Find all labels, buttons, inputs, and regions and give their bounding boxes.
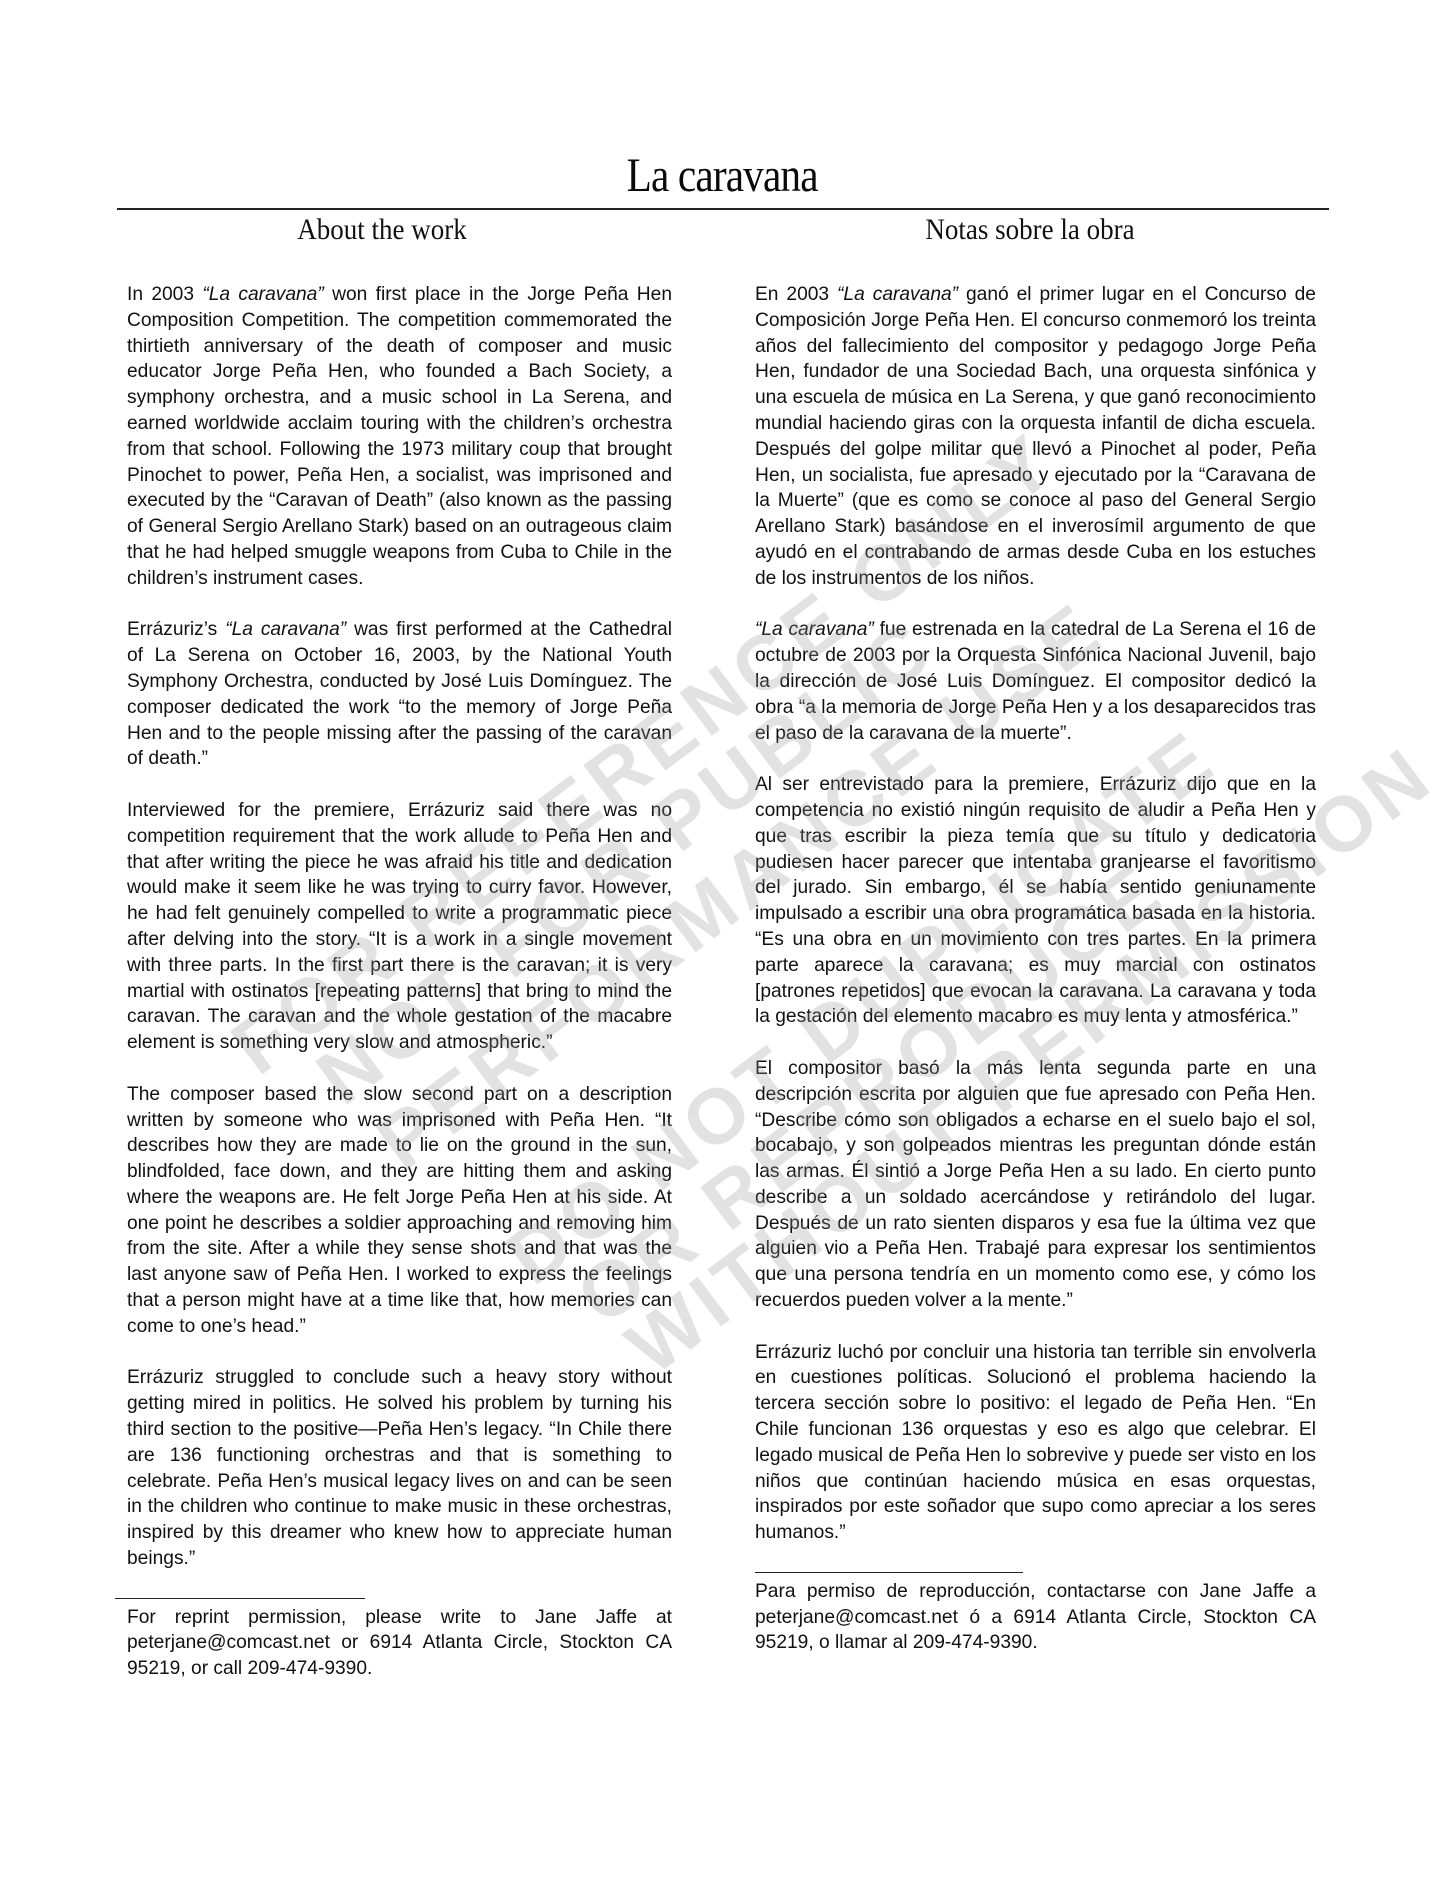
paragraph: Errázuriz luchó por concluir una histori… — [755, 1340, 1316, 1546]
paragraph-text: En 2003 — [755, 284, 837, 305]
paragraph-text: won first place in the Jorge Peña Hen Co… — [127, 284, 672, 589]
paragraph-text: The composer based the slow second part … — [127, 1084, 672, 1337]
paragraph: In 2003 “La caravana” won first place in… — [127, 282, 672, 592]
work-title-italic: “La caravana” — [755, 619, 874, 640]
page-title: La caravana — [101, 148, 1344, 204]
paragraph-text: Errázuriz’s — [127, 619, 225, 640]
reprint-footnote: Para permiso de reproducción, contactars… — [755, 1579, 1316, 1656]
paragraph-text: El compositor basó la más lenta segunda … — [755, 1058, 1316, 1311]
paragraph-text: Errázuriz luchó por concluir una histori… — [755, 1342, 1316, 1544]
paragraph: El compositor basó la más lenta segunda … — [755, 1056, 1316, 1314]
paragraph: Al ser entrevistado para la premiere, Er… — [755, 772, 1316, 1030]
paragraph: Interviewed for the premiere, Errázuriz … — [127, 798, 672, 1056]
work-title-italic: “La caravana” — [837, 284, 958, 305]
document-page: La caravana About the work Notas sobre l… — [0, 0, 1445, 1879]
spanish-column: En 2003 “La caravana” ganó el primer lug… — [755, 282, 1316, 1682]
paragraph-text: Interviewed for the premiere, Errázuriz … — [127, 800, 672, 1053]
spanish-heading: Notas sobre la obra — [792, 212, 1267, 252]
paragraph: Errázuriz’s “La caravana” was first perf… — [127, 617, 672, 772]
work-title-italic: “La caravana” — [202, 284, 323, 305]
footnote-divider — [755, 1572, 1023, 1573]
paragraph-text: was first performed at the Cathedral of … — [127, 619, 672, 769]
english-column: In 2003 “La caravana” won first place in… — [127, 282, 672, 1708]
title-divider — [117, 208, 1329, 210]
reprint-footnote: For reprint permission, please write to … — [127, 1605, 672, 1682]
paragraph: En 2003 “La caravana” ganó el primer lug… — [755, 282, 1316, 592]
footnote-divider — [115, 1598, 365, 1599]
paragraph-text: ganó el primer lugar en el Concurso de C… — [755, 284, 1316, 589]
english-heading: About the work — [152, 212, 613, 252]
paragraph: “La caravana” fue estrenada en la catedr… — [755, 617, 1316, 746]
paragraph-text: Al ser entrevistado para la premiere, Er… — [755, 774, 1316, 1027]
paragraph-text: In 2003 — [127, 284, 202, 305]
paragraph: Errázuriz struggled to conclude such a h… — [127, 1365, 672, 1571]
work-title-italic: “La caravana” — [225, 619, 346, 640]
paragraph: The composer based the slow second part … — [127, 1082, 672, 1340]
paragraph-text: Errázuriz struggled to conclude such a h… — [127, 1367, 672, 1569]
